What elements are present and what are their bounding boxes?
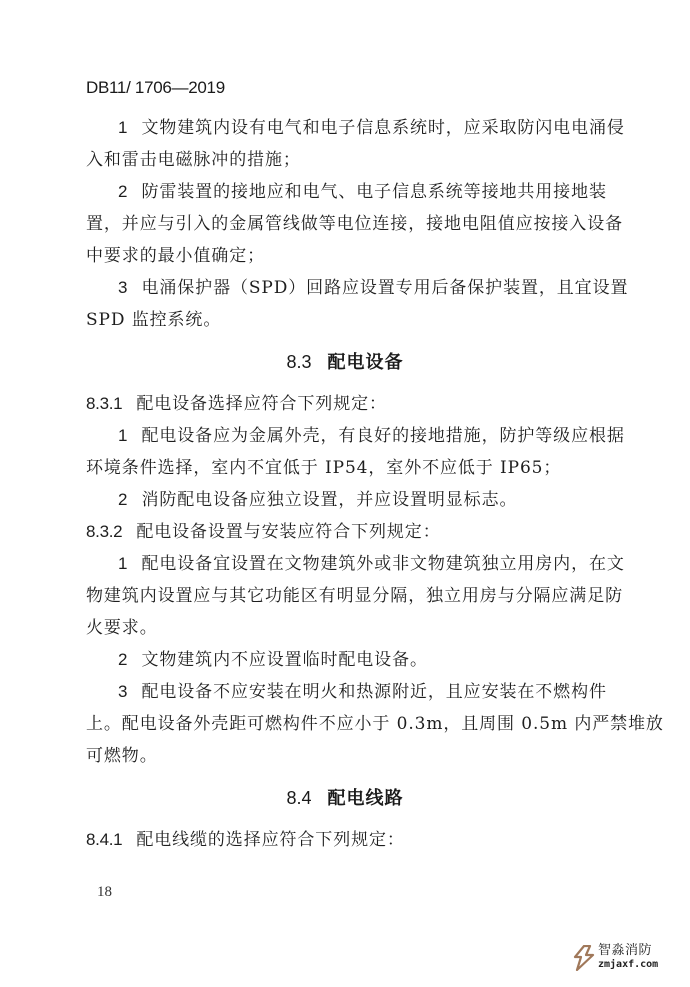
section-heading-8-4: 8.4配电线路 <box>0 784 690 810</box>
list-item-line: 入和雷击电磁脉冲的措施； <box>86 148 606 172</box>
list-item-line: 置，并应与引入的金属管线做等电位连接，接地电阻值应按接入设备 <box>86 212 606 236</box>
list-item-line: 2文物建筑内不应设置临时配电设备。 <box>118 648 606 672</box>
list-item-line: 2防雷装置的接地应和电气、电子信息系统等接地共用接地装 <box>118 180 606 204</box>
clause-number: 8.3.2 <box>86 520 122 544</box>
item-number: 3 <box>118 276 127 300</box>
watermark-url: zmjaxf.com <box>598 958 658 972</box>
list-item-line: 火要求。 <box>86 616 606 640</box>
item-number: 2 <box>118 180 127 204</box>
section-heading-8-3: 8.3配电设备 <box>0 348 690 374</box>
item-number: 2 <box>118 488 127 512</box>
list-item-line: 物建筑内设置应与其它功能区有明显分隔，独立用房与分隔应满足防 <box>86 584 606 608</box>
clause-line: 8.4.1配电线缆的选择应符合下列规定： <box>86 828 606 852</box>
list-item-line: 2消防配电设备应独立设置，并应设置明显标志。 <box>118 488 606 512</box>
watermark: 智淼消防 zmjaxf.com <box>573 944 658 972</box>
clause-number: 8.3.1 <box>86 392 122 416</box>
list-item-line: SPD 监控系统。 <box>86 308 606 332</box>
list-item-line: 1文物建筑内设有电气和电子信息系统时，应采取防闪电电涌侵 <box>118 116 606 140</box>
document-code-header: DB11/ 1706—2019 <box>86 78 225 98</box>
list-item-line: 3配电设备不应安装在明火和热源附近，且应安装在不燃构件 <box>118 680 606 704</box>
list-item-line: 3电涌保护器（SPD）回路应设置专用后备保护装置，且宜设置 <box>118 276 606 300</box>
item-number: 1 <box>118 424 127 448</box>
item-number: 2 <box>118 648 127 672</box>
clause-number: 8.4.1 <box>86 828 122 852</box>
document-page: DB11/ 1706—2019 1文物建筑内设有电气和电子信息系统时，应采取防闪… <box>0 0 690 987</box>
item-number: 3 <box>118 680 127 704</box>
watermark-name: 智淼消防 <box>598 944 658 958</box>
clause-line: 8.3.2配电设备设置与安装应符合下列规定： <box>86 520 606 544</box>
list-item-line: 环境条件选择，室内不宜低于 IP54，室外不应低于 IP65； <box>86 456 606 480</box>
list-item-line: 中要求的最小值确定； <box>86 244 606 268</box>
clause-line: 8.3.1配电设备选择应符合下列规定： <box>86 392 606 416</box>
item-number: 1 <box>118 116 127 140</box>
list-item-line: 上。配电设备外壳距可燃构件不应小于 0.3m，且周围 0.5m 内严禁堆放 <box>86 712 606 736</box>
list-item-line: 1配电设备应为金属外壳，有良好的接地措施，防护等级应根据 <box>118 424 606 448</box>
zmjaxf-logo-icon <box>573 945 595 971</box>
list-item-line: 可燃物。 <box>86 744 606 768</box>
item-number: 1 <box>118 552 127 576</box>
page-number: 18 <box>97 884 112 901</box>
list-item-line: 1配电设备宜设置在文物建筑外或非文物建筑独立用房内，在文 <box>118 552 606 576</box>
